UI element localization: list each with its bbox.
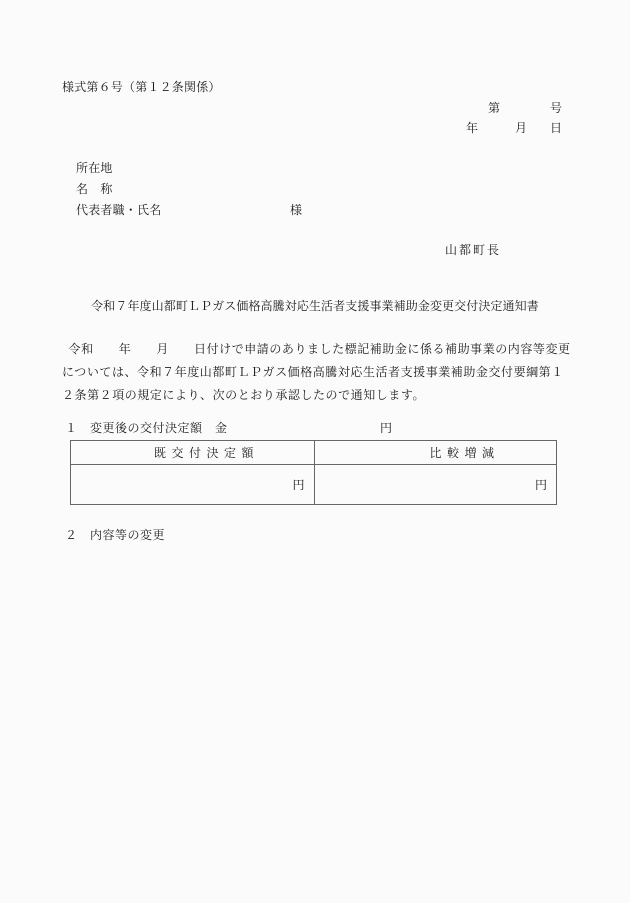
recipient-name-label: 名 称 xyxy=(76,182,113,196)
table-header-previous-grant-label: 既交付決定額 xyxy=(154,447,259,459)
section1-amount-blank xyxy=(240,421,370,435)
recipient-representative-label: 代表者職・氏名 xyxy=(76,203,161,217)
section1-heading: １ 変更後の交付決定額 金 xyxy=(65,421,228,435)
doc-number-suffix: 号 xyxy=(550,101,562,115)
table-header-comparison-label: 比較増減 xyxy=(430,447,500,459)
document-title: 令和７年度山都町ＬＰガス価格高騰対応生活者支援事業補助金変更交付決定通知書 xyxy=(0,299,630,313)
doc-number-prefix: 第 xyxy=(488,101,500,115)
table-cell-comparison-unit: 円 xyxy=(535,476,547,493)
table-cell-comparison-amount: 円 xyxy=(314,465,557,504)
notification-document-page: 様式第６号（第１２条関係） 第 号 年 月 日 所在地 名 称 代表者職・氏名 … xyxy=(0,0,630,903)
form-number: 様式第６号（第１２条関係） xyxy=(62,80,221,94)
date-month-label: 月 xyxy=(515,121,527,135)
sender-title: 山都町長 xyxy=(445,243,501,257)
body-paragraph-line-1: 令和 年 月 日付けで申請のありました標記補助金に係る補助事業の内容等変更 xyxy=(56,342,571,356)
recipient-honorific: 様 xyxy=(290,203,302,217)
recipient-address-label: 所在地 xyxy=(76,161,113,175)
body-paragraph-line-2: については、令和７年度山都町ＬＰガス価格高騰対応生活者支援事業補助金交付要綱第１ xyxy=(62,365,564,379)
grant-decision-table: 既交付決定額 比較増減 円 円 xyxy=(70,440,557,505)
table-header-previous-grant: 既交付決定額 xyxy=(71,441,314,465)
date-day-label: 日 xyxy=(550,121,562,135)
section1-currency-unit: 円 xyxy=(380,421,392,435)
section2-heading: ２ 内容等の変更 xyxy=(65,528,165,542)
date-year-label: 年 xyxy=(466,121,478,135)
table-cell-previous-grant-amount: 円 xyxy=(71,465,314,504)
table-cell-previous-grant-unit: 円 xyxy=(292,476,304,493)
body-paragraph-line-3: ２条第２項の規定により、次のとおり承認したので通知します。 xyxy=(62,388,425,402)
table-header-comparison: 比較増減 xyxy=(314,441,557,465)
